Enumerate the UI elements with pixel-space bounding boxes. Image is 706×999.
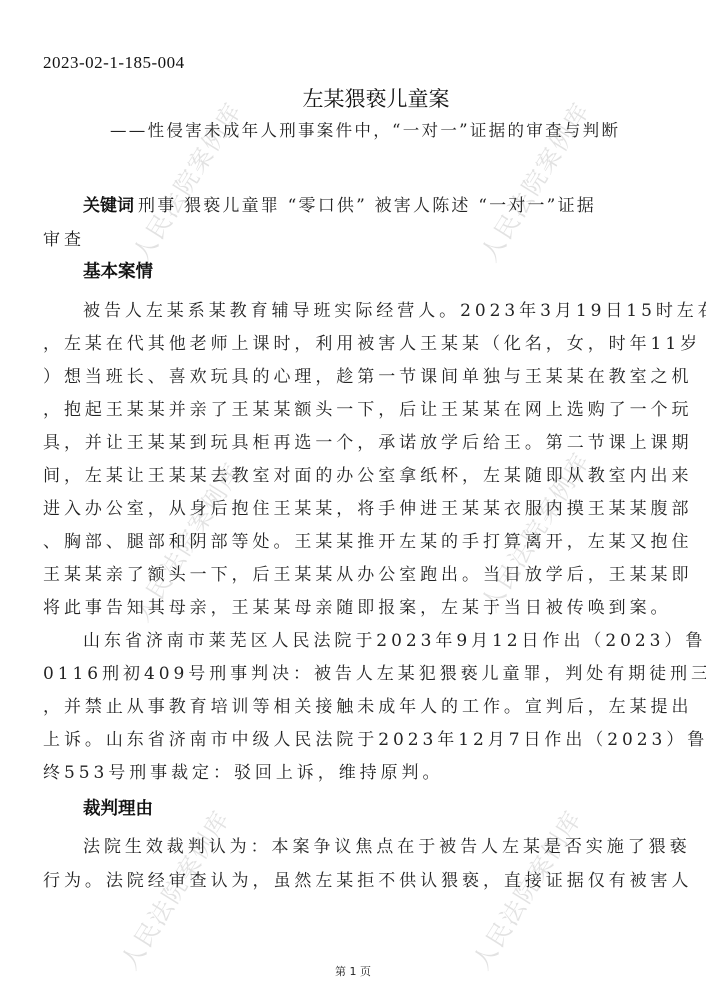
paragraph-line: ，抱起王某某并亲了王某某额头一下，后让王某某在网上选购了一个玩 <box>43 402 692 419</box>
keywords-list: 刑事 猥亵儿童罪 “零口供” 被害人陈述 “一对一”证据 <box>138 196 596 216</box>
page-number: 第 1 页 <box>0 966 706 977</box>
paragraph-line: ）想当班长、喜欢玩具的心理，趁第一节课间单独与王某某在教室之机 <box>43 369 692 386</box>
paragraph-line: ，并禁止从事教育培训等相关接触未成年人的工作。宣判后，左某提出 <box>43 699 692 716</box>
paragraph-line: 山东省济南市莱芜区人民法院于2023年9月12日作出（2023）鲁 <box>83 633 706 650</box>
keywords-label: 关键词 <box>83 196 134 216</box>
document-subtitle: ——性侵害未成年人刑事案件中，“一对一”证据的审查与判断 <box>110 123 620 140</box>
section-heading-basic-facts: 基本案情 <box>83 264 153 282</box>
keywords-list-continued: 审查 <box>43 232 85 249</box>
section-heading-reasoning: 裁判理由 <box>83 801 153 819</box>
paragraph-line: ，左某在代其他老师上课时，利用被害人王某某（化名，女，时年11岁 <box>43 336 701 353</box>
paragraph-line: 将此事告知其母亲，王某某母亲随即报案，左某于当日被传唤到案。 <box>43 600 672 617</box>
paragraph-line: 具，并让王某某到玩具柜再选一个，承诺放学后给王。第二节课上课期 <box>43 435 692 452</box>
paragraph-line: 王某某亲了额头一下，后王某某从办公室跑出。当日放学后，王某某即 <box>43 567 692 584</box>
paragraph-line: 终553号刑事裁定：驳回上诉，维持原判。 <box>43 765 443 782</box>
case-number: 2023-02-1-185-004 <box>43 54 185 71</box>
paragraph-line: 0116刑初409号刑事判决：被告人左某犯猥亵儿童罪，判处有期徒刑三年 <box>43 666 706 683</box>
paragraph-line: 间，左某让王某某去教室对面的办公室拿纸杯，左某随即从教室内出来 <box>43 468 692 485</box>
paragraph-line: 上诉。山东省济南市中级人民法院于2023年12月7日作出（2023）鲁01刑 <box>43 732 706 749</box>
document-title: 左某猥亵儿童案 <box>0 89 706 110</box>
document-page: 人民法院案例库 人民法院案例库 人民法院案例库 人民法院案例库 人民法院案例库 … <box>0 0 706 999</box>
paragraph-line: 法院生效裁判认为：本案争议焦点在于被告人左某是否实施了猥亵 <box>83 839 691 856</box>
paragraph-line: 进入办公室，从身后抱住王某某，将手伸进王某某衣服内摸王某某腹部 <box>43 501 692 518</box>
keywords-line: 关键词刑事 猥亵儿童罪 “零口供” 被害人陈述 “一对一”证据 <box>83 198 596 215</box>
paragraph-line: 被告人左某系某教育辅导班实际经营人。2023年3月19日15时左右 <box>83 303 706 320</box>
paragraph-line: 、胸部、腿部和阴部等处。王某某推开左某的手打算离开，左某又抱住 <box>43 534 692 551</box>
paragraph-line: 行为。法院经审查认为，虽然左某拒不供认猥亵，直接证据仅有被害人 <box>43 873 692 890</box>
